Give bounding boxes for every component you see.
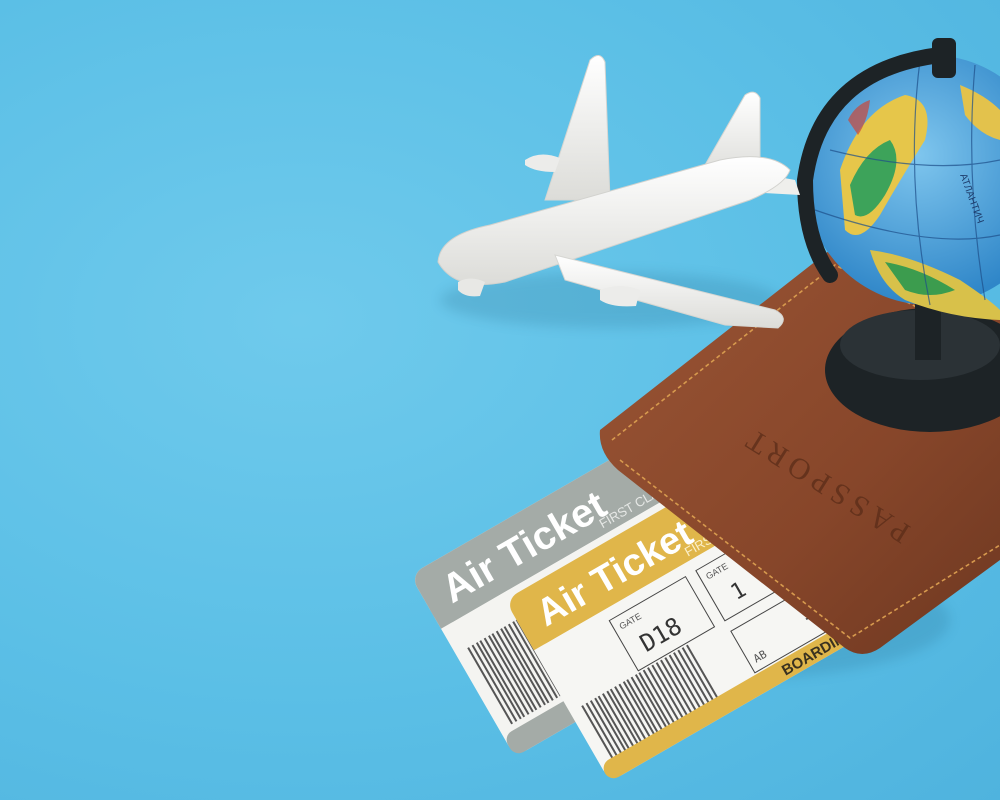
desk-globe: АТЛАНТИЧ (805, 38, 1000, 432)
scene-illustration: Air Ticket FIRST CLASS GATE BO Air Ticke… (0, 0, 1000, 800)
travel-scene: Air Ticket FIRST CLASS GATE BO Air Ticke… (0, 0, 1000, 800)
